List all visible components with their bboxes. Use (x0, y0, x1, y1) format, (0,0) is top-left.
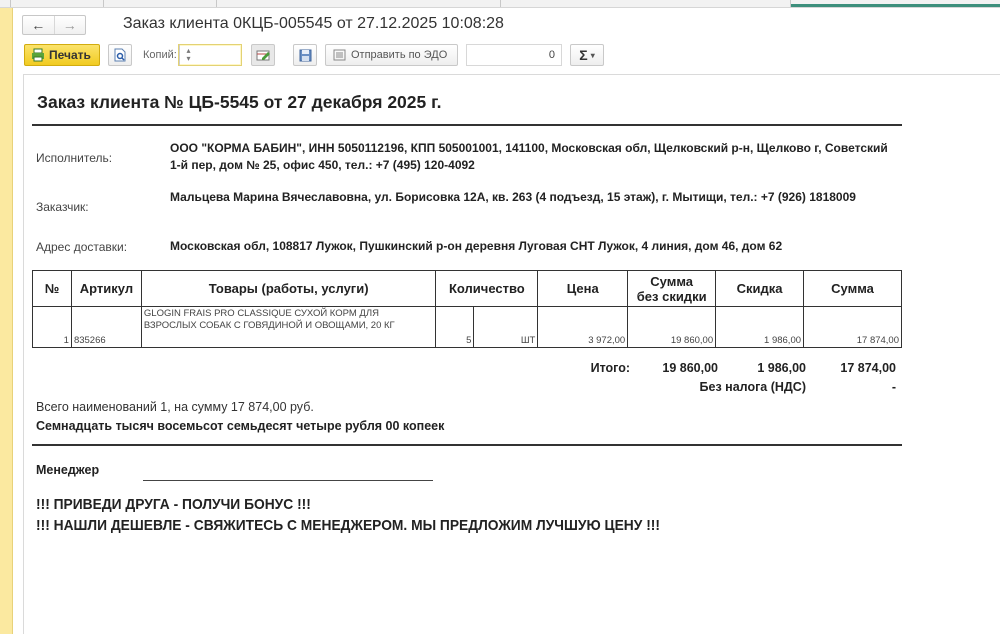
cell-qty: 5 (436, 307, 474, 348)
spin-buttons[interactable]: ▴▾ (179, 45, 197, 65)
customer-label: Заказчик: (36, 200, 89, 214)
send-edo-button[interactable]: Отправить по ЭДО (325, 44, 458, 66)
delivery-value: Московская обл, 108817 Лужок, Пушкинский… (170, 238, 900, 255)
chevron-down-icon: ▾ (591, 51, 595, 60)
totals-label: Итого: (564, 361, 630, 375)
cell-discount: 1 986,00 (716, 307, 804, 348)
forward-arrow-icon[interactable]: → (54, 16, 86, 34)
totals-sum-no-discount: 19 860,00 (634, 361, 718, 375)
totals-discount: 1 986,00 (720, 361, 806, 375)
back-arrow-icon[interactable]: ← (23, 16, 54, 34)
spin-down-icon[interactable]: ▾ (186, 55, 190, 63)
cell-num: 1 (33, 307, 72, 348)
items-table: № Артикул Товары (работы, услуги) Количе… (32, 270, 902, 348)
tab-strip (0, 0, 1000, 8)
executor-value: ООО "КОРМА БАБИН", ИНН 5050112196, КПП 5… (170, 140, 900, 174)
col-price: Цена (538, 271, 628, 307)
save-button[interactable] (293, 44, 317, 66)
cell-price: 3 972,00 (538, 307, 628, 348)
selected-sum-field[interactable]: 0 (466, 44, 562, 66)
preview-button[interactable] (108, 44, 132, 66)
edit-table-icon (256, 49, 271, 62)
amount-in-words: Семнадцать тысяч восемьсот семьдесят чет… (36, 419, 444, 433)
promo-line-2: !!! НАШЛИ ДЕШЕВЛЕ - СВЯЖИТЕСЬ С МЕНЕДЖЕР… (36, 517, 660, 534)
navigation-buttons: ← → (22, 15, 86, 35)
document-title: Заказ клиента № ЦБ-5545 от 27 декабря 20… (37, 92, 442, 113)
vat-label: Без налога (НДС) (624, 380, 806, 394)
active-tab-indicator[interactable] (791, 4, 1000, 7)
print-button-label: Печать (49, 48, 91, 62)
send-edo-label: Отправить по ЭДО (351, 49, 447, 61)
col-num: № (33, 271, 72, 307)
spreadsheet-document: Заказ клиента № ЦБ-5545 от 27 декабря 20… (23, 74, 1000, 634)
tab-divider (216, 0, 217, 7)
copies-stepper[interactable]: 2 ▴▾ (178, 44, 242, 66)
promo-line-1: !!! ПРИВЕДИ ДРУГА - ПОЛУЧИ БОНУС !!! (36, 496, 311, 513)
manager-label: Менеджер (36, 463, 99, 477)
printer-icon (31, 48, 45, 62)
manager-signature-line (143, 480, 433, 481)
page-magnifier-icon (113, 48, 127, 62)
tab-divider (103, 0, 104, 7)
title-divider (32, 124, 902, 126)
sidebar-panel (0, 8, 13, 634)
col-article: Артикул (71, 271, 141, 307)
cell-sum: 17 874,00 (804, 307, 902, 348)
executor-label: Исполнитель: (36, 151, 112, 165)
col-goods: Товары (работы, услуги) (141, 271, 436, 307)
col-sum: Сумма (804, 271, 902, 307)
col-discount: Скидка (716, 271, 804, 307)
window-title: Заказ клиента 0КЦБ-005545 от 27.12.2025 … (123, 15, 504, 33)
footer-divider (32, 444, 902, 446)
tab-divider (500, 0, 501, 7)
sigma-icon: Σ (579, 47, 587, 63)
customer-value: Мальцева Марина Вячеславовна, ул. Борисо… (170, 189, 900, 206)
tab-divider (10, 0, 11, 7)
col-sum-no-discount: Суммабез скидки (628, 271, 716, 307)
cell-article: 835266 (71, 307, 141, 348)
edit-mode-button[interactable] (251, 44, 275, 66)
cell-sum-no-discount: 19 860,00 (628, 307, 716, 348)
col-qty: Количество (436, 271, 538, 307)
table-row: 1 835266 GLOGIN FRAIS PRO CLASSIQUE сухо… (33, 307, 902, 348)
print-button[interactable]: Печать (24, 44, 100, 66)
copies-label: Копий: (143, 44, 177, 66)
floppy-disk-icon (299, 49, 312, 62)
edo-exchange-icon (333, 49, 346, 61)
table-header-row: № Артикул Товары (работы, услуги) Количе… (33, 271, 902, 307)
delivery-label: Адрес доставки: (36, 240, 127, 254)
sum-mode-button[interactable]: Σ▾ (570, 44, 604, 66)
cell-goods: GLOGIN FRAIS PRO CLASSIQUE сухой корм дл… (141, 307, 436, 348)
items-summary: Всего наименований 1, на сумму 17 874,00… (36, 400, 314, 414)
totals-sum: 17 874,00 (808, 361, 896, 375)
vat-value: - (808, 380, 896, 394)
cell-unit: шт (474, 307, 538, 348)
